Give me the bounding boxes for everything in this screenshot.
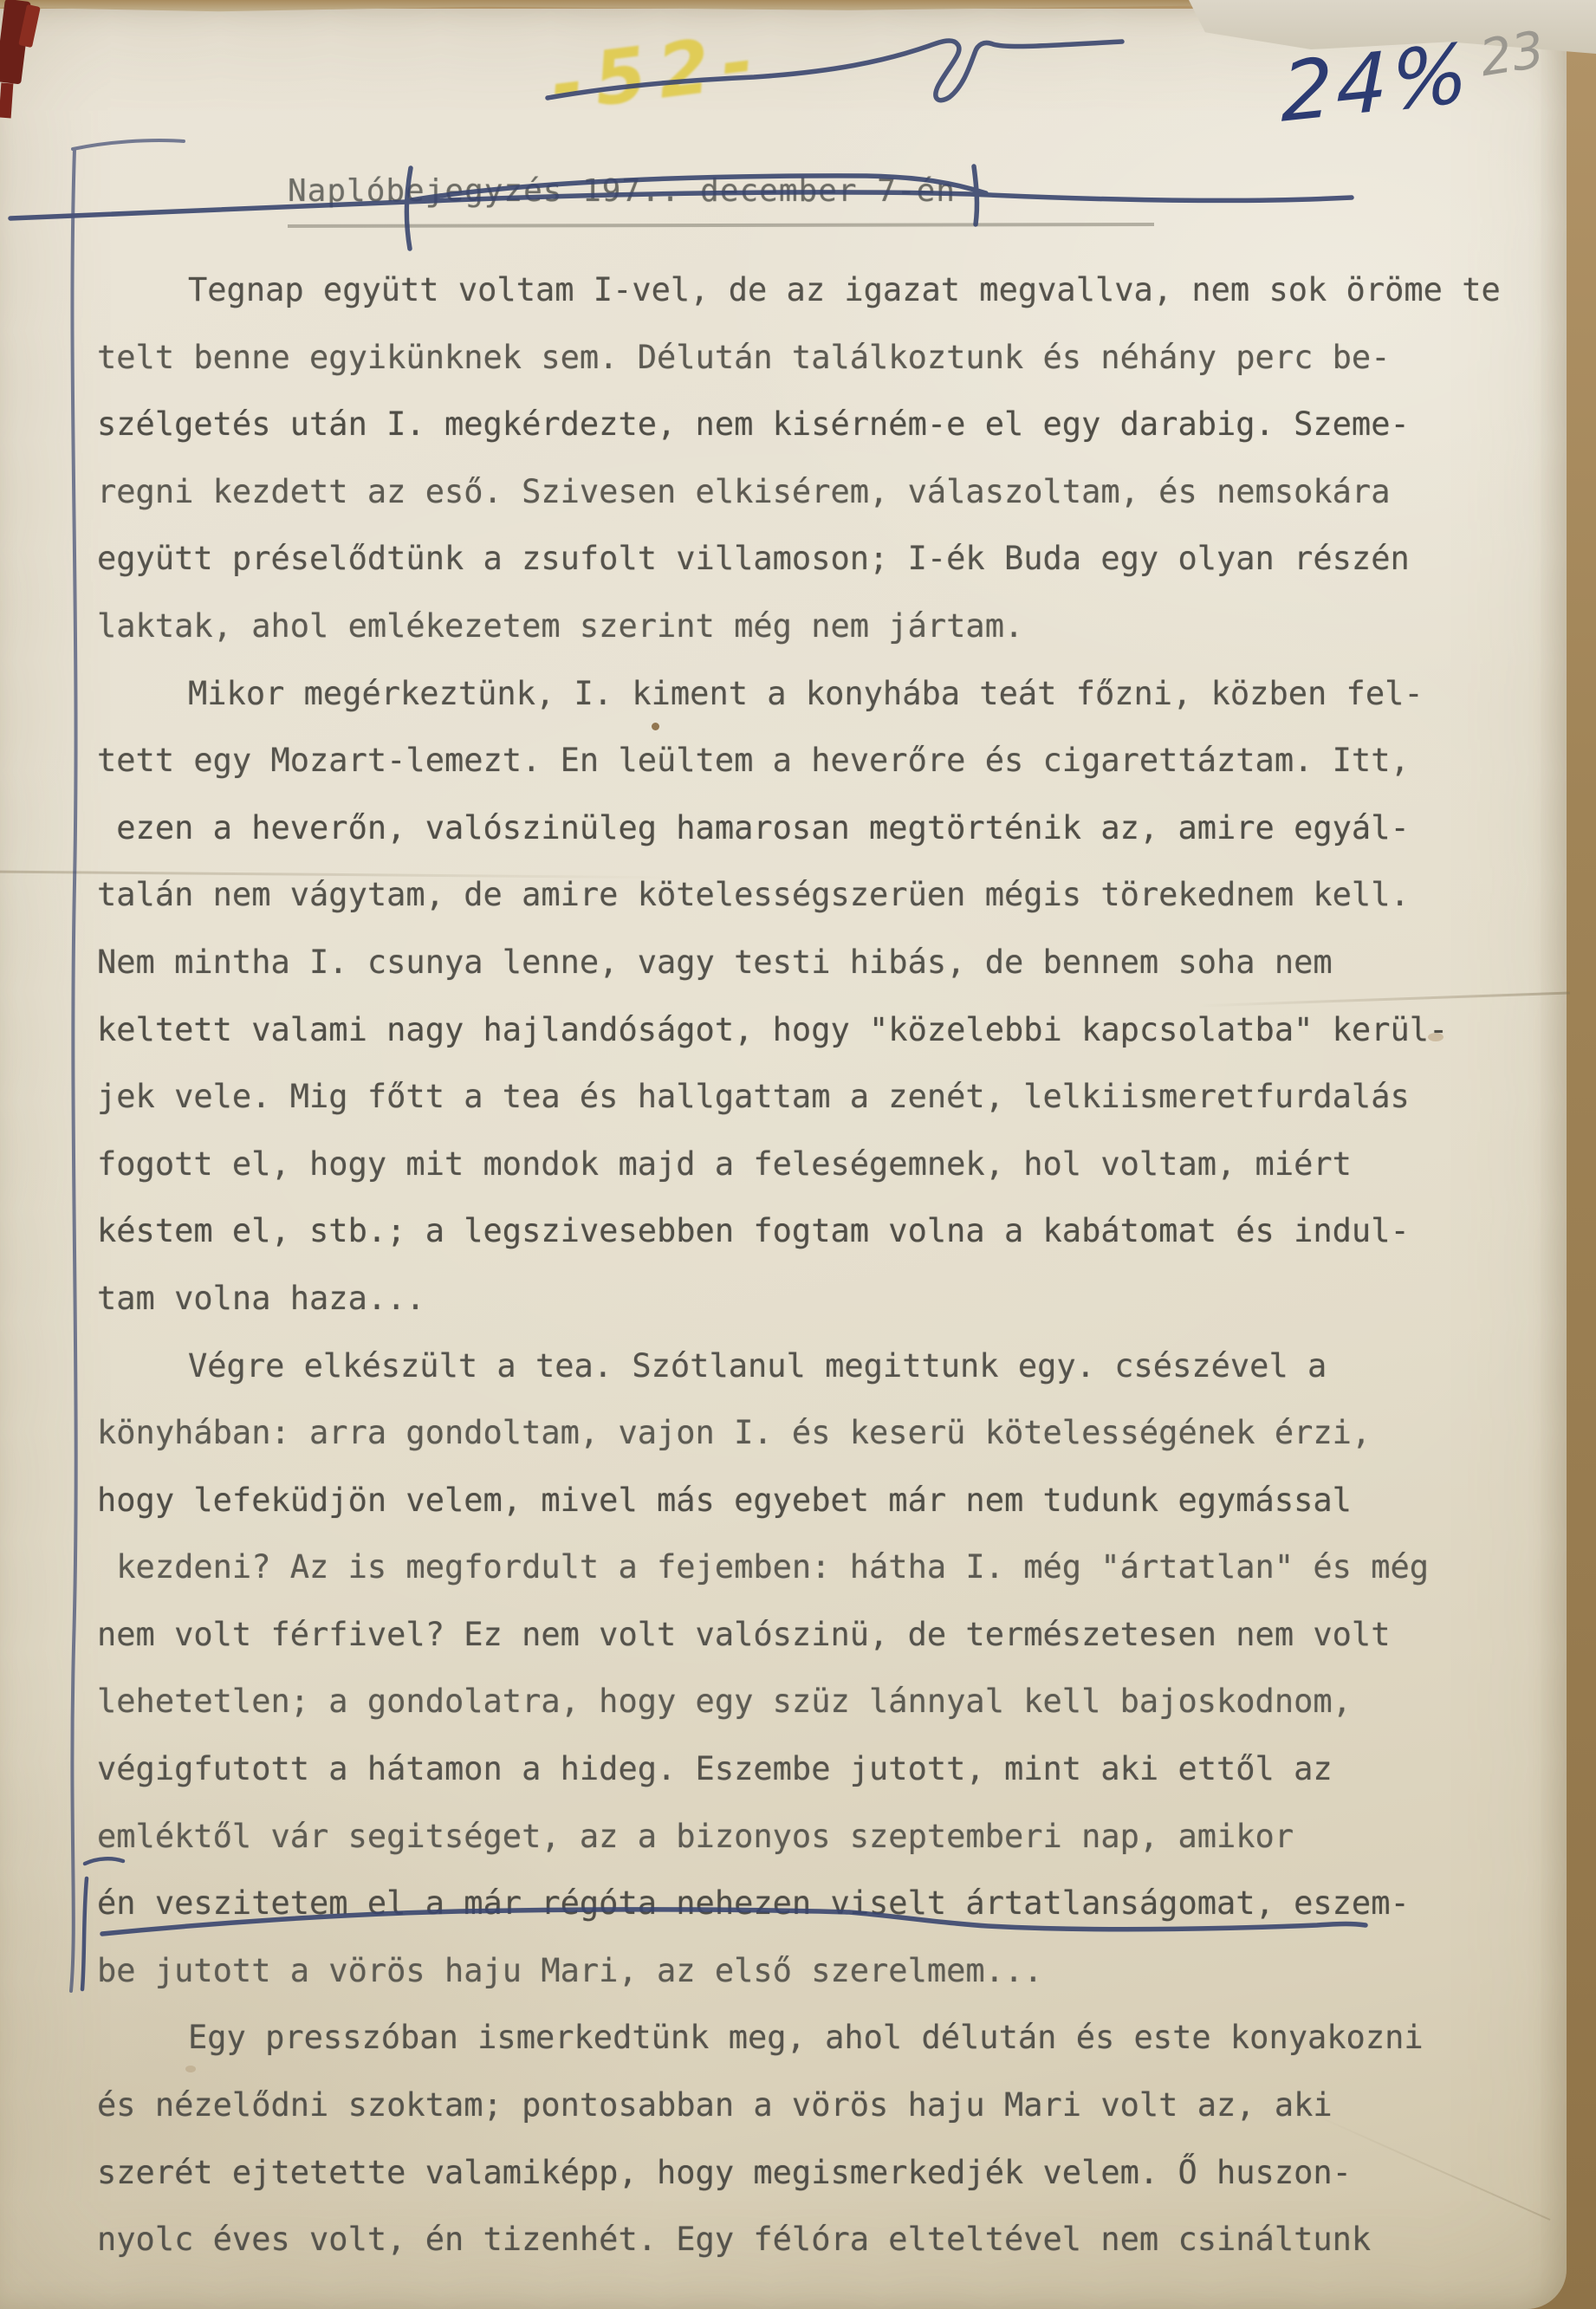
- typed-line: szélgetés után I. megkérdezte, nem kisér…: [97, 391, 1518, 458]
- typed-line: Mikor megérkeztünk, I. kiment a konyhába…: [97, 660, 1518, 728]
- typed-line: és nézelődni szoktam; pontosabban a vörö…: [97, 2072, 1518, 2139]
- typed-line: lehetetlen; a gondolatra, hogy egy szüz …: [97, 1668, 1518, 1735]
- typed-line: ezen a heverőn, valószinüleg hamarosan m…: [97, 795, 1518, 862]
- paragraph: Egy presszóban ismerkedtünk meg, ahol dé…: [97, 2004, 1518, 2273]
- typed-line: jek vele. Mig főtt a tea és hallgattam a…: [97, 1063, 1518, 1131]
- typed-line: Végre elkészült a tea. Szótlanul megittu…: [97, 1333, 1518, 1400]
- typed-body: Tegnap együtt voltam I-vel, de az igazat…: [97, 256, 1518, 2273]
- typed-line: Tegnap együtt voltam I-vel, de az igazat…: [97, 256, 1518, 324]
- typed-line: keltett valami nagy hajlandóságot, hogy …: [97, 996, 1518, 1064]
- typed-line: végigfutott a hátamon a hideg. Eszembe j…: [97, 1735, 1518, 1803]
- typed-line: Nem mintha I. csunya lenne, vagy testi h…: [97, 929, 1518, 996]
- typed-line: nyolc éves volt, én tizenhét. Egy félóra…: [97, 2206, 1518, 2273]
- paragraph: Végre elkészült a tea. Szótlanul megittu…: [97, 1333, 1518, 2005]
- typed-line: együtt préselődtünk a zsufolt villamoson…: [97, 525, 1518, 593]
- typed-line: be jutott a vörös haju Mari, az első sze…: [97, 1937, 1518, 2005]
- typed-line: késtem el, stb.; a legszivesebben fogtam…: [97, 1197, 1518, 1265]
- diary-entry-title: Naplóbejegyzés 197.. december 7-én: [288, 173, 956, 209]
- typed-line: tam volna haza...: [97, 1265, 1518, 1333]
- handwritten-blue-number: 24%: [1281, 26, 1472, 141]
- typed-line: kezdeni? Az is megfordult a fejemben: há…: [97, 1534, 1518, 1601]
- typed-line: tett egy Mozart-lemezt. En leültem a hev…: [97, 727, 1518, 795]
- paragraph: Mikor megérkeztünk, I. kiment a konyhába…: [97, 660, 1518, 1333]
- typed-line: regni kezdett az eső. Szivesen elkisérem…: [97, 458, 1518, 526]
- handwritten-pencil-number: 23: [1476, 20, 1548, 88]
- typed-line: szerét ejtetette valamiképp, hogy megism…: [97, 2139, 1518, 2207]
- typed-line: nem volt férfivel? Ez nem volt valószinü…: [97, 1601, 1518, 1669]
- typed-line: telt benne egyikünknek sem. Délután talá…: [97, 324, 1518, 392]
- typed-line: könyhában: arra gondoltam, vajon I. és k…: [97, 1399, 1518, 1467]
- typed-line: hogy lefeküdjön velem, mivel más egyebet…: [97, 1467, 1518, 1534]
- typed-line: Egy presszóban ismerkedtünk meg, ahol dé…: [97, 2004, 1518, 2072]
- document-scan: -52- 24% 23 Naplóbejegyzés 197.. decembe…: [0, 0, 1596, 2309]
- paragraph: Tegnap együtt voltam I-vel, de az igazat…: [97, 256, 1518, 660]
- typed-line: én veszitetem el a már régóta nehezen vi…: [97, 1870, 1518, 1937]
- typed-line: fogott el, hogy mit mondok majd a felesé…: [97, 1131, 1518, 1198]
- typed-line: emléktől vár segitséget, az a bizonyos s…: [97, 1803, 1518, 1871]
- typed-line: talán nem vágytam, de amire kötelességsz…: [97, 861, 1518, 929]
- typed-line: laktak, ahol emlékezetem szerint még nem…: [97, 593, 1518, 660]
